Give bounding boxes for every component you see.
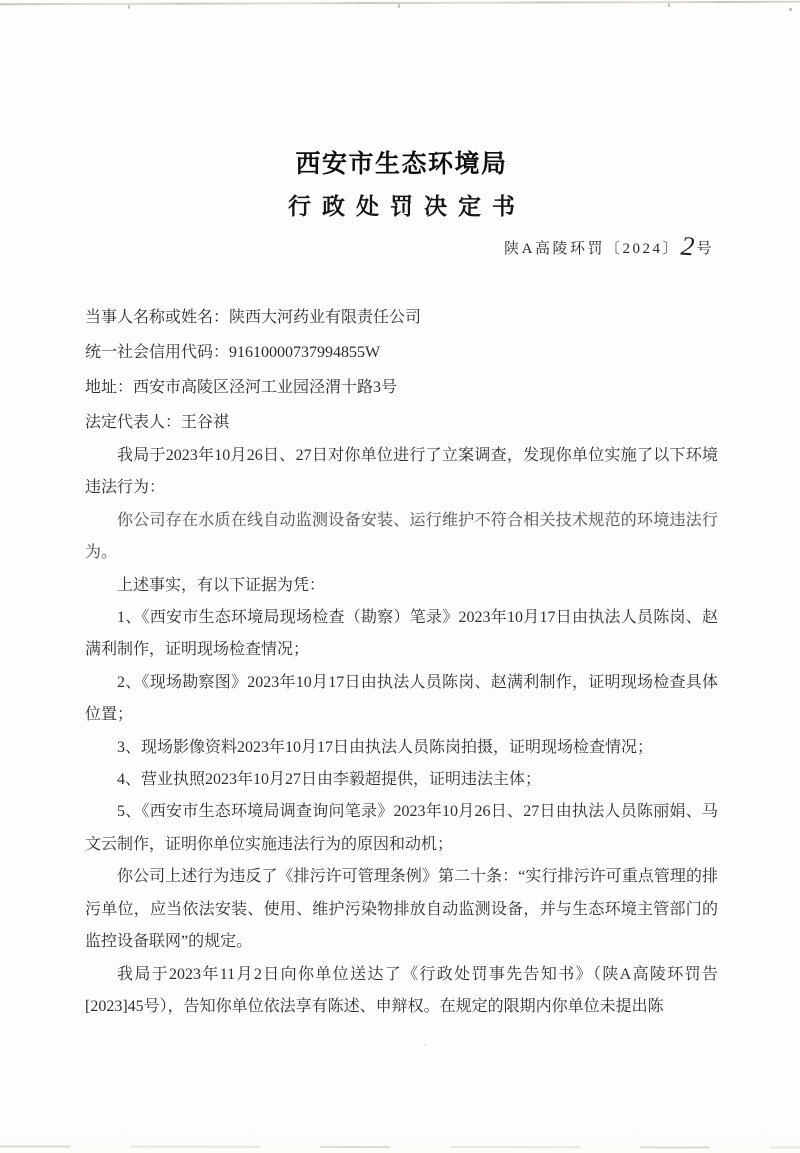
document-body: 西安市生态环境局 行政处罚决定书 陕A高陵环罚〔2024〕2号 当事人名称或姓名…	[85, 0, 718, 1023]
evidence-item-2: 2、《现场勘察图》2023年10月17日由执法人员陈岗、赵满利制作，证明现场检查…	[85, 667, 718, 732]
para-prior-notice: 我局于2023年11月2日向你单位送达了《行政处罚事先告知书》（陕A高陵环罚告[…	[85, 959, 718, 1024]
document-number-prefix: 陕A高陵环罚〔2024〕	[504, 241, 680, 257]
scan-edge-artifact-bottom	[0, 1145, 800, 1148]
evidence-item-4: 4、营业执照2023年10月27日由李毅超提供，证明违法主体；	[85, 764, 718, 796]
party-name-line: 当事人名称或姓名：陕西大河药业有限责任公司	[85, 300, 718, 335]
para-legal-basis: 你公司上述行为违反了《排污许可管理条例》第二十条：“实行排污许可重点管理的排污单…	[85, 861, 718, 958]
agency-title: 西安市生态环境局	[85, 150, 718, 180]
scan-speck	[789, 8, 792, 11]
credit-code-line: 统一社会信用代码：91610000737994855W	[85, 335, 718, 370]
evidence-item-3: 3、现场影像资料2023年10月17日由执法人员陈岗拍摄，证明现场检查情况；	[85, 732, 718, 764]
address-line: 地址：西安市高陵区泾河工业园泾渭十路3号	[85, 370, 718, 405]
document-title: 行政处罚决定书	[85, 192, 718, 222]
document-number: 陕A高陵环罚〔2024〕2号	[85, 231, 718, 264]
legal-representative-line: 法定代表人：王谷祺	[85, 405, 718, 440]
scanned-document-page: 西安市生态环境局 行政处罚决定书 陕A高陵环罚〔2024〕2号 当事人名称或姓名…	[0, 0, 800, 1153]
document-text: 当事人名称或姓名：陕西大河药业有限责任公司 统一社会信用代码：916100007…	[85, 300, 718, 1023]
evidence-item-1: 1、《西安市生态环境局现场检查（勘察）笔录》2023年10月17日由执法人员陈岗…	[85, 602, 718, 667]
para-evidence-intro: 上述事实，有以下证据为凭：	[85, 570, 718, 602]
handwritten-case-number: 2	[680, 233, 695, 261]
para-investigation: 我局于2023年10月26日、27日对你单位进行了立案调查，发现你单位实施了以下…	[85, 440, 718, 505]
document-number-suffix: 号	[696, 241, 714, 257]
evidence-item-5: 5、《西安市生态环境局调查询问笔录》2023年10月26日、27日由执法人员陈丽…	[85, 796, 718, 861]
para-violation: 你公司存在水质在线自动监测设备安装、运行维护不符合相关技术规范的环境违法行为。	[85, 505, 718, 570]
scan-speck	[424, 1044, 426, 1046]
